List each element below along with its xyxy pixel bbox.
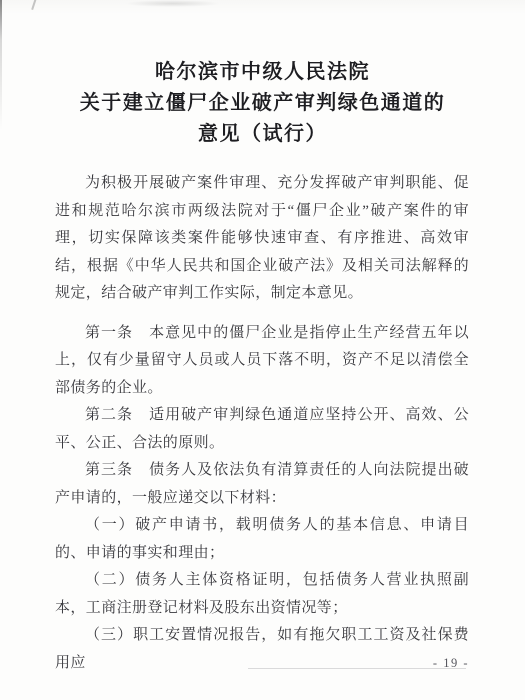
- paragraph: 第二条 适用破产审判绿色通道应坚持公开、高效、公平、公正、合法的原则。: [55, 402, 469, 457]
- paragraph: 第三条 债务人及依法负有清算责任的人向法院提出破产申请的，一般应递交以下材料：: [55, 457, 469, 512]
- document-title-line: 哈尔滨市中级人民法院: [0, 57, 525, 88]
- paragraph: （一）破产申请书，载明债务人的基本信息、申请目的、申请的事实和理由；: [55, 512, 469, 567]
- document-title-line: 意见（试行）: [0, 119, 525, 150]
- document-body: 为积极开展破产案件审理、充分发挥破产审判职能、促进和规范哈尔滨市两级法院对于“僵…: [0, 170, 525, 677]
- document-title: 哈尔滨市中级人民法院 关于建立僵尸企业破产审判绿色通道的 意见（试行）: [0, 0, 525, 150]
- document-page: 哈尔滨市中级人民法院 关于建立僵尸企业破产审判绿色通道的 意见（试行） 为积极开…: [0, 0, 525, 700]
- scan-artifact-left-edge: [0, 0, 2, 130]
- scan-artifact-smudge: [125, 0, 220, 7]
- page-number: - 19 -: [433, 656, 469, 671]
- paragraph: 为积极开展破产案件审理、充分发挥破产审判职能、促进和规范哈尔滨市两级法院对于“僵…: [55, 170, 469, 308]
- paragraph: （二）债务人主体资格证明，包括债务人营业执照副本，工商注册登记材料及股东出资情况…: [55, 567, 469, 622]
- document-title-line: 关于建立僵尸企业破产审判绿色通道的: [0, 88, 525, 119]
- paragraph: 第一条 本意见中的僵尸企业是指停止生产经营五年以上，仅有少量留守人员或人员下落不…: [55, 320, 469, 403]
